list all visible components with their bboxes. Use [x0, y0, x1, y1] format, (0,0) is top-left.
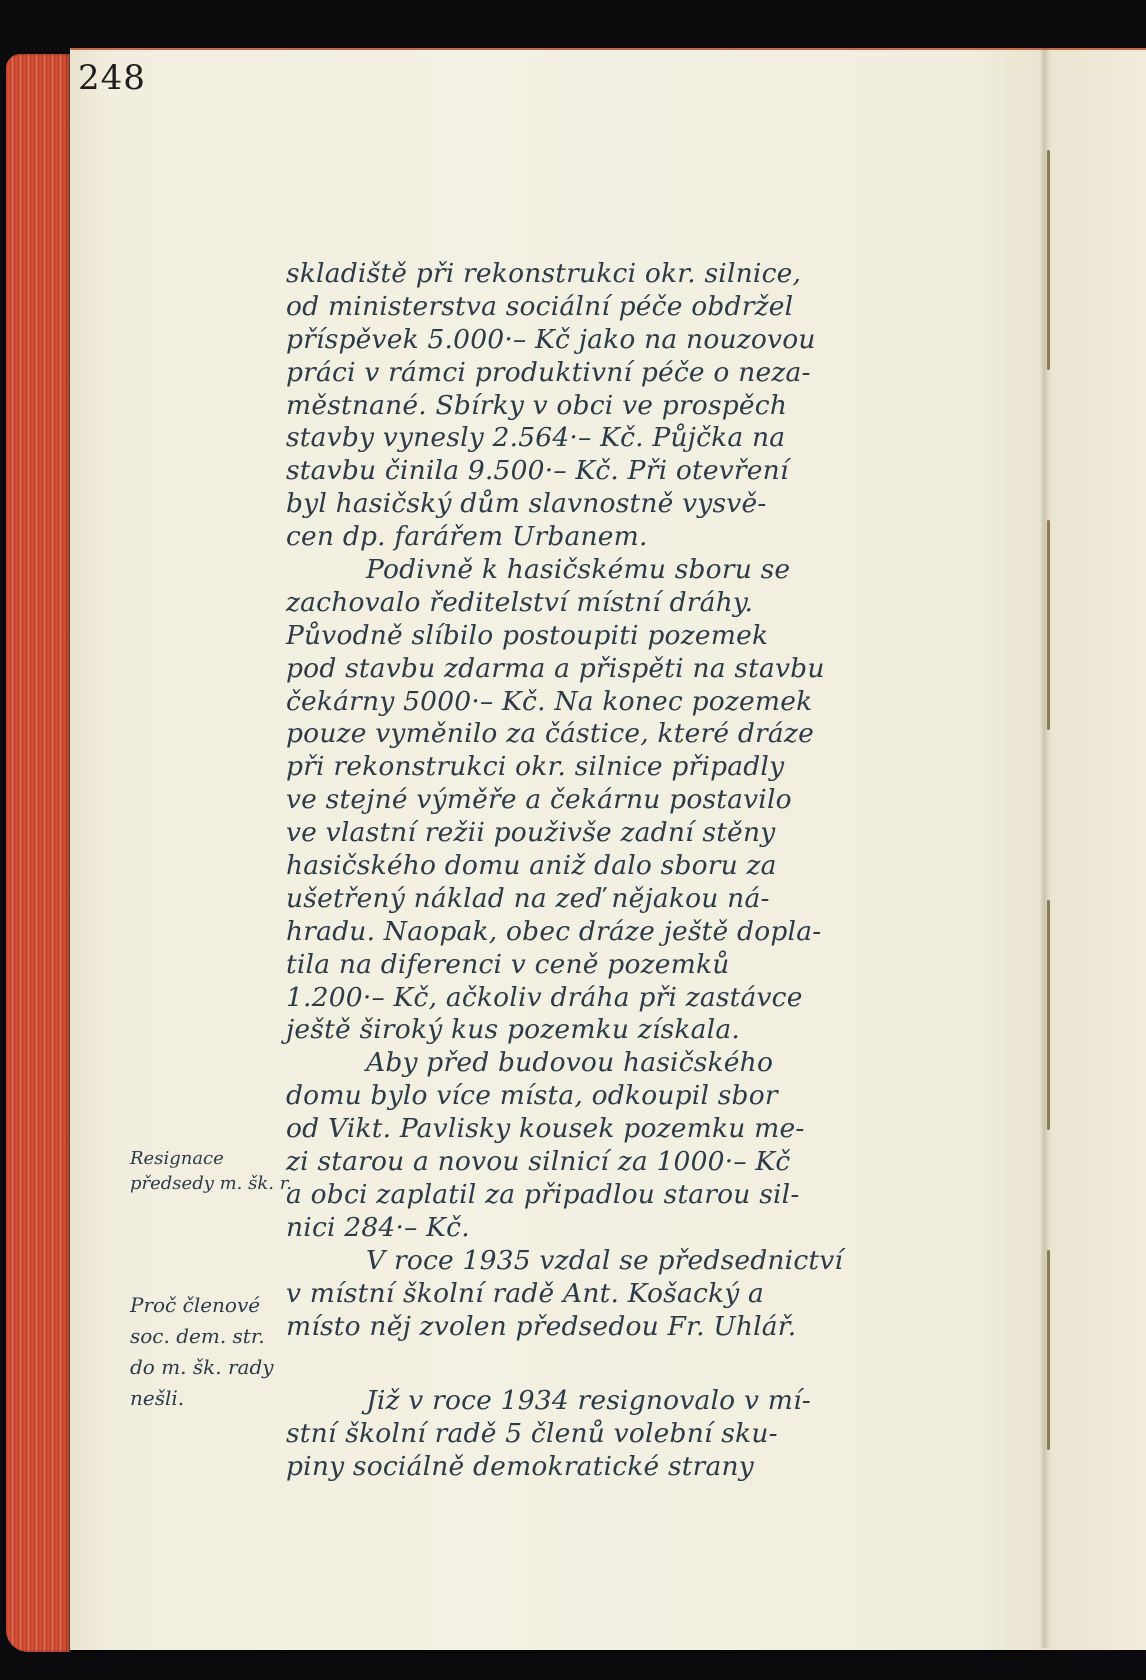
- text-line: od ministerstva sociální péče obdržel: [286, 291, 926, 324]
- margin-note-line: do m. šk. rady: [130, 1352, 290, 1383]
- paragraph-start: V roce 1935 vzdal se předsednictví: [286, 1245, 926, 1278]
- text-line: stní školní radě 5 členů volební sku-: [286, 1418, 926, 1451]
- text-line: 1.200·– Kč, ačkoliv dráha při zastávce: [286, 982, 926, 1015]
- text-line: hradu. Naopak, obec dráze ještě dopla-: [286, 916, 926, 949]
- text-line: místo něj zvolen předsedou Fr. Uhlář.: [286, 1311, 926, 1344]
- text-line: byl hasičský dům slavnostně vysvě-: [286, 488, 926, 521]
- text-line: tila na diferenci v ceně pozemků: [286, 949, 926, 982]
- text-line: stavbu činila 9.500·– Kč. Při otevření: [286, 455, 926, 488]
- text-line: Původně slíbilo postoupiti pozemek: [286, 620, 926, 653]
- text-line: při rekonstrukci okr. silnice připadly: [286, 751, 926, 784]
- text-line: ve stejné výměře a čekárnu postavilo: [286, 784, 926, 817]
- binding-stitch: [1047, 900, 1050, 1130]
- text-line: práci v rámci produktivní péče o neza-: [286, 357, 926, 390]
- text-line: skladiště při rekonstrukci okr. silnice,: [286, 258, 926, 291]
- binding-stitch: [1047, 150, 1050, 370]
- margin-note-line: předsedy m. šk. r.: [130, 1171, 290, 1196]
- text-line: nici 284·– Kč.: [286, 1212, 926, 1245]
- margin-note-line: Proč členové: [130, 1290, 290, 1321]
- text-line: zi starou a novou silnicí za 1000·– Kč: [286, 1146, 926, 1179]
- text-line: ve vlastní režii použivše zadní stěny: [286, 817, 926, 850]
- text-line: čekárny 5000·– Kč. Na konec pozemek: [286, 686, 926, 719]
- text-line: stavby vynesly 2.564·– Kč. Půjčka na: [286, 422, 926, 455]
- text-line: pod stavbu zdarma a přispěti na stavbu: [286, 653, 926, 686]
- text-line: domu bylo více místa, odkoupil sbor: [286, 1080, 926, 1113]
- text-line: městnané. Sbírky v obci ve prospěch: [286, 390, 926, 423]
- margin-note-line: Resignace: [130, 1146, 290, 1171]
- paragraph-start: Již v roce 1934 resignovalo v mí-: [286, 1385, 926, 1418]
- right-page-edge: [1052, 48, 1146, 1650]
- page-number: 248: [78, 58, 146, 98]
- text-line: a obci zaplatil za připadlou starou sil-: [286, 1179, 926, 1212]
- text-line: příspěvek 5.000·– Kč jako na nouzovou: [286, 324, 926, 357]
- binding-stitch: [1047, 520, 1050, 730]
- paragraph-start: Aby před budovou hasičského: [286, 1047, 926, 1080]
- margin-note-line: soc. dem. str.: [130, 1321, 290, 1352]
- binding-stitch: [1047, 1250, 1050, 1450]
- text-line: piny sociálně demokratické strany: [286, 1451, 926, 1484]
- text-line: pouze vyměnilo za částice, které dráze: [286, 718, 926, 751]
- text-line: v místní školní radě Ant. Košacký a: [286, 1278, 926, 1311]
- text-line: ještě široký kus pozemku získala.: [286, 1014, 926, 1047]
- text-line: od Vikt. Pavlisky kousek pozemku me-: [286, 1113, 926, 1146]
- margin-note-social-democrats: Proč členové soc. dem. str. do m. šk. ra…: [130, 1290, 290, 1414]
- margin-note-resignation: Resignace předsedy m. šk. r.: [130, 1146, 290, 1196]
- handwritten-body: skladiště při rekonstrukci okr. silnice,…: [286, 258, 926, 1484]
- paragraph-start: Podivně k hasičskému sboru se: [286, 554, 926, 587]
- text-line: zachovalo ředitelství místní dráhy.: [286, 587, 926, 620]
- text-line: ušetřený náklad na zeď nějakou ná-: [286, 883, 926, 916]
- open-book: 248 skladiště při rekonstrukci okr. siln…: [0, 0, 1146, 1680]
- margin-note-line: nešli.: [130, 1383, 290, 1414]
- text-line: hasičského domu aniž dalo sboru za: [286, 850, 926, 883]
- text-line: cen dp. farářem Urbanem.: [286, 521, 926, 554]
- page-edges: [6, 54, 70, 1652]
